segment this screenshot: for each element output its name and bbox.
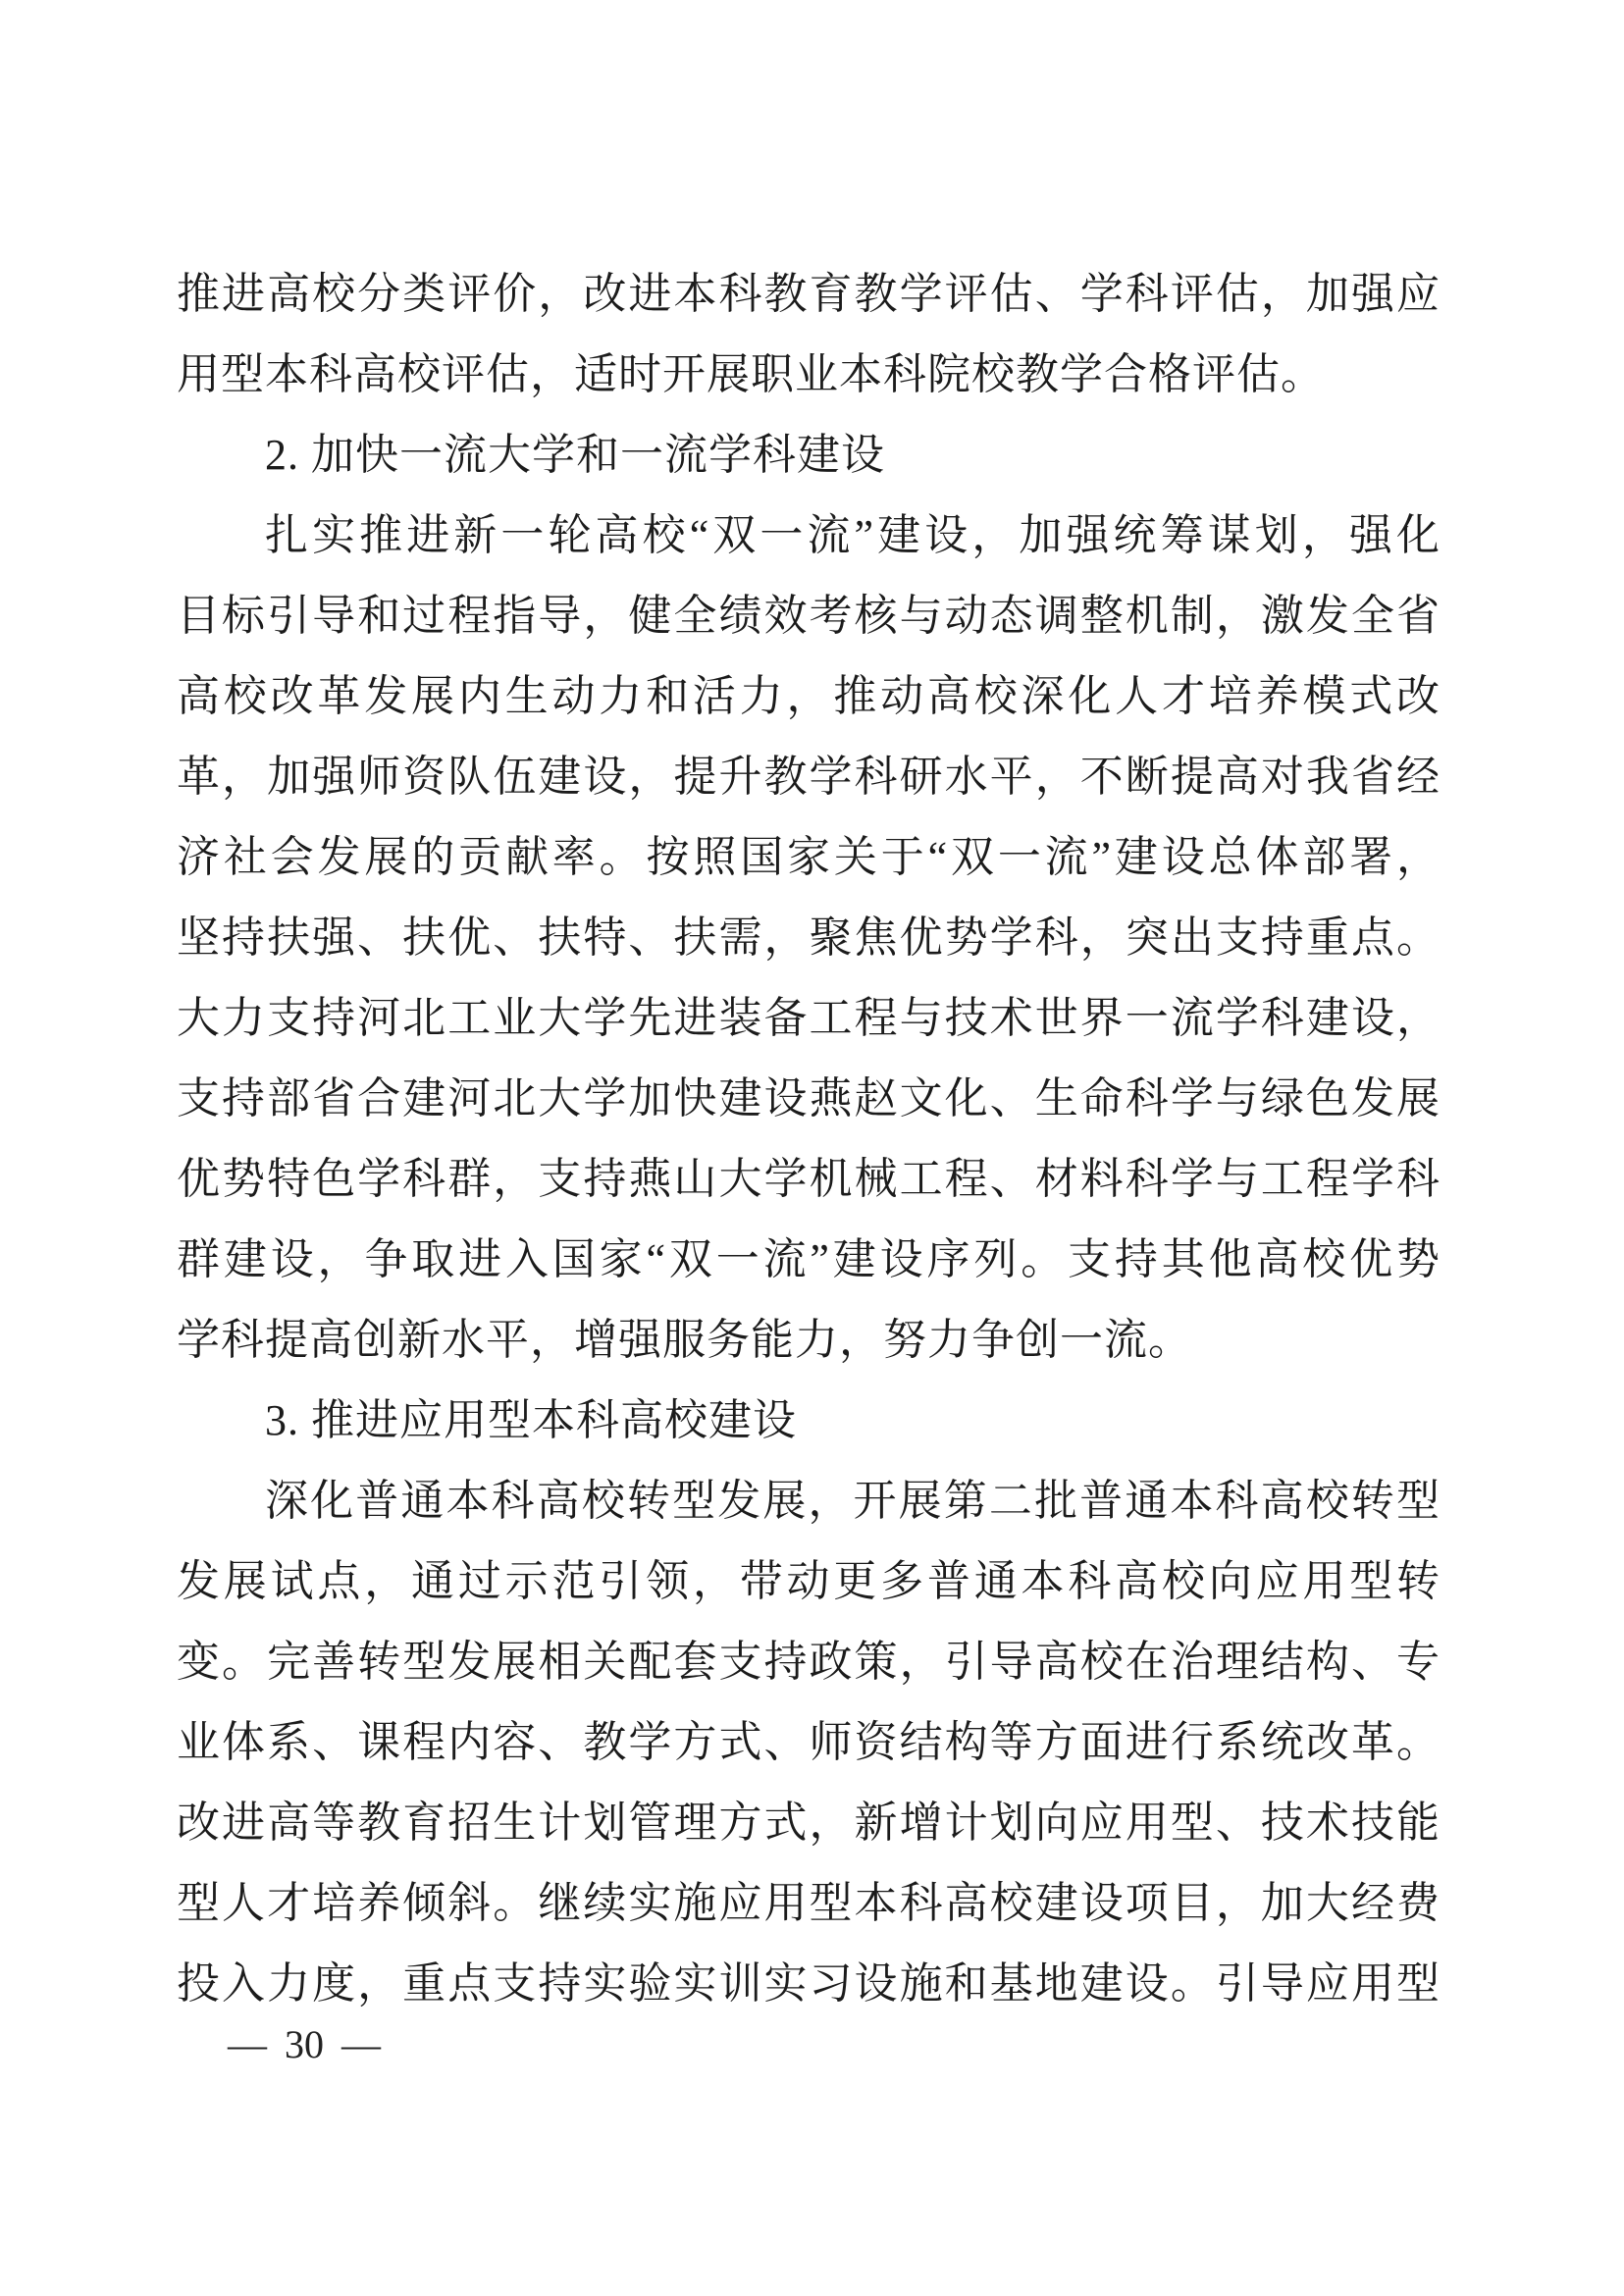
text-line: 型人才培养倾斜。继续实施应用型本科高校建设项目，加大经费	[177, 1863, 1441, 1944]
section-heading: 2. 加快一流大学和一流学科建设	[177, 415, 1441, 496]
text-line: 发展试点，通过示范引领，带动更多普通本科高校向应用型转	[177, 1541, 1441, 1622]
text-line: 支持部省合建河北大学加快建设燕赵文化、生命科学与绿色发展	[177, 1059, 1441, 1139]
text-line: 扎实推进新一轮高校“双一流”建设，加强统筹谋划，强化	[177, 496, 1441, 576]
body-text: 推进高校分类评价，改进本科教育教学评估、学科评估，加强应用型本科高校评估，适时开…	[177, 254, 1441, 2024]
text-line: 群建设，争取进入国家“双一流”建设序列。支持其他高校优势	[177, 1220, 1441, 1300]
text-line: 学科提高创新水平，增强服务能力，努力争创一流。	[177, 1300, 1441, 1381]
text-line: 变。完善转型发展相关配套支持政策，引导高校在治理结构、专	[177, 1622, 1441, 1702]
text-line: 大力支持河北工业大学先进装备工程与技术世界一流学科建设，	[177, 978, 1441, 1059]
text-line: 目标引导和过程指导，健全绩效考核与动态调整机制，激发全省	[177, 576, 1441, 656]
text-line: 坚持扶强、扶优、扶特、扶需，聚焦优势学科，突出支持重点。	[177, 898, 1441, 978]
text-line: 济社会发展的贡献率。按照国家关于“双一流”建设总体部署，	[177, 817, 1441, 898]
text-line: 优势特色学科群，支持燕山大学机械工程、材料科学与工程学科	[177, 1139, 1441, 1220]
text-line: 投入力度，重点支持实验实训实习设施和基地建设。引导应用型	[177, 1944, 1441, 2024]
text-line: 革，加强师资队伍建设，提升教学科研水平，不断提高对我省经	[177, 737, 1441, 817]
text-line: 业体系、课程内容、教学方式、师资结构等方面进行系统改革。	[177, 1702, 1441, 1783]
document-page: 推进高校分类评价，改进本科教育教学评估、学科评估，加强应用型本科高校评估，适时开…	[0, 0, 1624, 2296]
text-line: 深化普通本科高校转型发展，开展第二批普通本科高校转型	[177, 1461, 1441, 1541]
text-line: 改进高等教育招生计划管理方式，新增计划向应用型、技术技能	[177, 1783, 1441, 1863]
text-line: 高校改革发展内生动力和活力，推动高校深化人才培养模式改	[177, 656, 1441, 737]
page-footer: — 30 —	[228, 2017, 381, 2072]
text-line: 推进高校分类评价，改进本科教育教学评估、学科评估，加强应	[177, 254, 1441, 335]
text-line: 用型本科高校评估，适时开展职业本科院校教学合格评估。	[177, 335, 1441, 415]
section-heading: 3. 推进应用型本科高校建设	[177, 1381, 1441, 1461]
